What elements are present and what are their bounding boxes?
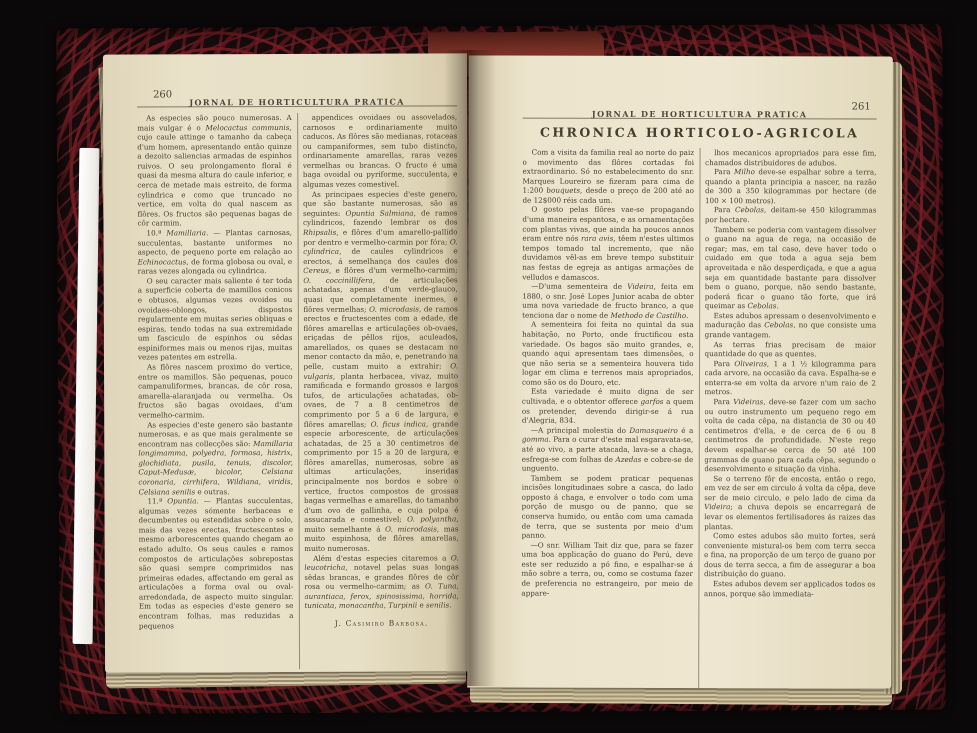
left-page: 260 Jornal de Horticultura Pratica As es… [103, 53, 469, 672]
paragraph: Além d'estas especies citaremos a O. leu… [304, 553, 459, 611]
book-photograph: 260 Jornal de Horticultura Pratica As es… [0, 0, 977, 733]
author-signature: J. Casimiro Barbosa. [304, 618, 459, 629]
paragraph: Estes adubos devem ser applicados todos … [704, 579, 876, 599]
paragraph: —D'uma sementeira de Videira, feita em 1… [522, 282, 694, 321]
paragraph: Para Oliveiras, 1 a 1 ½ kilogramma para … [704, 359, 876, 398]
paragraph: As especies são pouco numerosas. A mais … [137, 113, 292, 228]
paragraph: As especies d'este genero são bastante n… [138, 419, 293, 496]
right-page-header: Jornal de Horticultura Pratica 261 [523, 102, 877, 117]
paragraph: appendices ovoidaes ou assovelados, carn… [303, 112, 458, 189]
paragraph: A sementeira foi feita no quintal da sua… [522, 320, 694, 387]
paragraph: Esta variedade é muito digna de ser cult… [522, 387, 694, 426]
paragraph: As terras frias precisam de maior quanti… [705, 340, 877, 360]
right-page-column-2: lhos mecanicos apropriados para esse fim… [704, 148, 877, 688]
paragraph: O gosto pelas flôres vae-se propagando d… [522, 205, 694, 282]
column-divider-right-page [698, 148, 700, 688]
paragraph: Para Videiras, deve-se fazer com um sach… [704, 397, 876, 474]
running-head-left: Jornal de Horticultura Pratica [189, 97, 405, 108]
left-page-column-1: As especies são pouco numerosas. A mais … [137, 113, 293, 670]
paragraph: Como estes adubos são muito fortes, será… [704, 531, 876, 579]
column-divider-left-page [297, 113, 300, 669]
paragraph: O seu caracter mais saliente é ter toda … [138, 276, 293, 363]
paragraph: Tambem se podem praticar pequenas incisõ… [522, 473, 694, 540]
section-heading: CHRONICA HORTICOLO-AGRICOLA [523, 125, 877, 141]
left-page-column-2: appendices ovoidaes ou assovelados, carn… [303, 112, 459, 669]
paragraph: —A principal molestia do Damasqueiro é a… [522, 425, 694, 473]
paragraph: lhos mecanicos apropriados para esse fim… [705, 148, 877, 168]
right-page: Jornal de Horticultura Pratica 261 CHRON… [467, 55, 893, 688]
left-page-header: 260 Jornal de Horticultura Pratica [137, 89, 457, 104]
paragraph: Se o terreno fôr de encosta, então o reg… [704, 474, 876, 532]
paragraph: As principaes especies d'este genero, qu… [303, 189, 459, 554]
paragraph: Para Milho deve-se espalhar sobre a terr… [705, 167, 877, 206]
right-page-column-1: Com a visita da familia real ao norte do… [521, 148, 694, 688]
paragraph: Para Cebolas, deitam-se 450 kilogrammas … [705, 206, 877, 226]
paragraph: 10.ª Mamillaria. — Plantas carnosas, suc… [138, 228, 293, 276]
paragraph: Tambem se poderia com vantagem dissolver… [705, 225, 877, 312]
left-page-column-2-text: appendices ovoidaes ou assovelados, carn… [303, 112, 459, 611]
page-number-left: 260 [153, 89, 172, 100]
paragraph: —O snr. William Tait diz que, para se fa… [521, 540, 693, 598]
paragraph: As flôres nascem proximo do vertice, ent… [138, 362, 293, 420]
paragraph: Estes adubos apressam o desenvolvimento … [705, 311, 877, 340]
page-number-right: 261 [852, 101, 871, 112]
paragraph: Com a visita da familia real ao norte do… [522, 148, 694, 206]
running-head-right: Jornal de Horticultura Pratica [592, 109, 808, 120]
paragraph: 11.ª Opuntia. — Plantas succulentas, alg… [138, 496, 293, 631]
